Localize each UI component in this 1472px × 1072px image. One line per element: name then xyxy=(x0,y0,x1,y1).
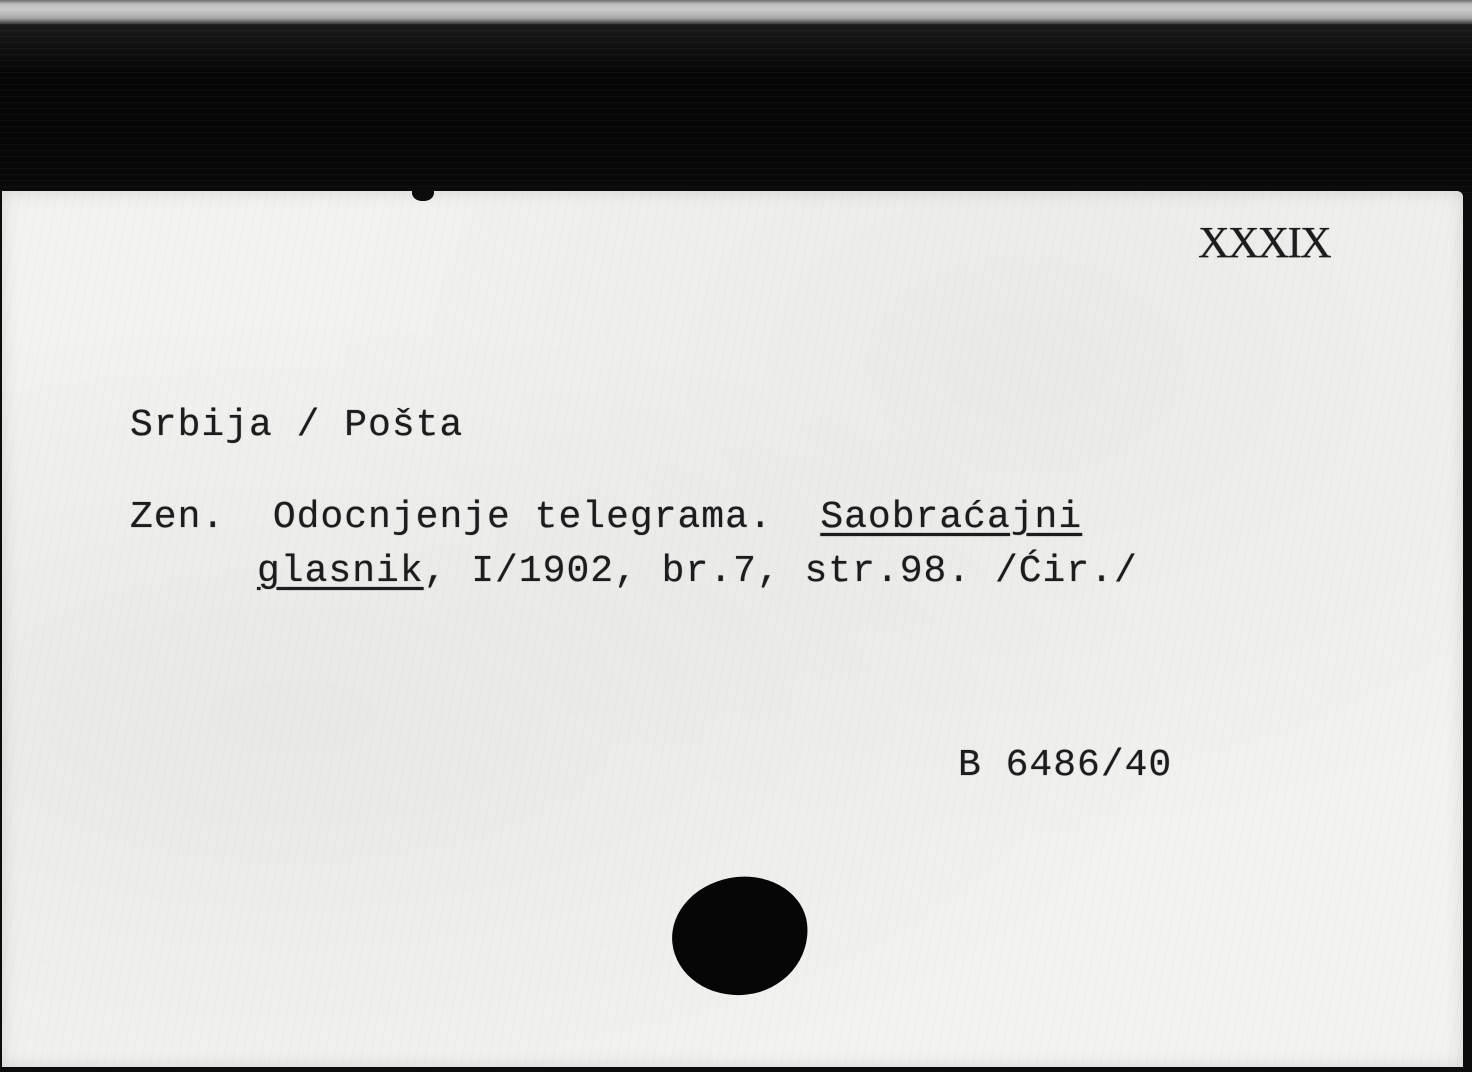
card-edge-notch xyxy=(412,189,434,201)
call-number: B 6486/40 xyxy=(958,747,1172,785)
entry-line-1: Zen. Odocnjenje telegrama. Saobraćajni xyxy=(130,499,1082,537)
subject-heading: Srbija / Pošta xyxy=(130,407,463,445)
scan-frame: XXXIX Srbija / Pošta Zen. Odocnjenje tel… xyxy=(0,0,1472,1072)
entry-citation: , I/1902, br.7, str.98. xyxy=(424,550,995,593)
scanner-background-band xyxy=(0,24,1472,194)
journal-title-part-1: Saobraćajni xyxy=(820,496,1082,539)
drawer-number: XXXIX xyxy=(1198,221,1330,265)
punch-hole xyxy=(666,870,814,1002)
scanner-top-strip xyxy=(0,0,1472,24)
script-note: /Ćir./ xyxy=(995,550,1138,593)
catalog-card: XXXIX Srbija / Pošta Zen. Odocnjenje tel… xyxy=(2,191,1463,1067)
entry-line-2: glasnik, I/1902, br.7, str.98. /Ćir./ xyxy=(257,553,1138,591)
entry-title: Odocnjenje telegrama. xyxy=(273,496,773,539)
journal-title-part-2: glasnik xyxy=(257,550,424,593)
entry-author: Zen. xyxy=(130,496,225,539)
